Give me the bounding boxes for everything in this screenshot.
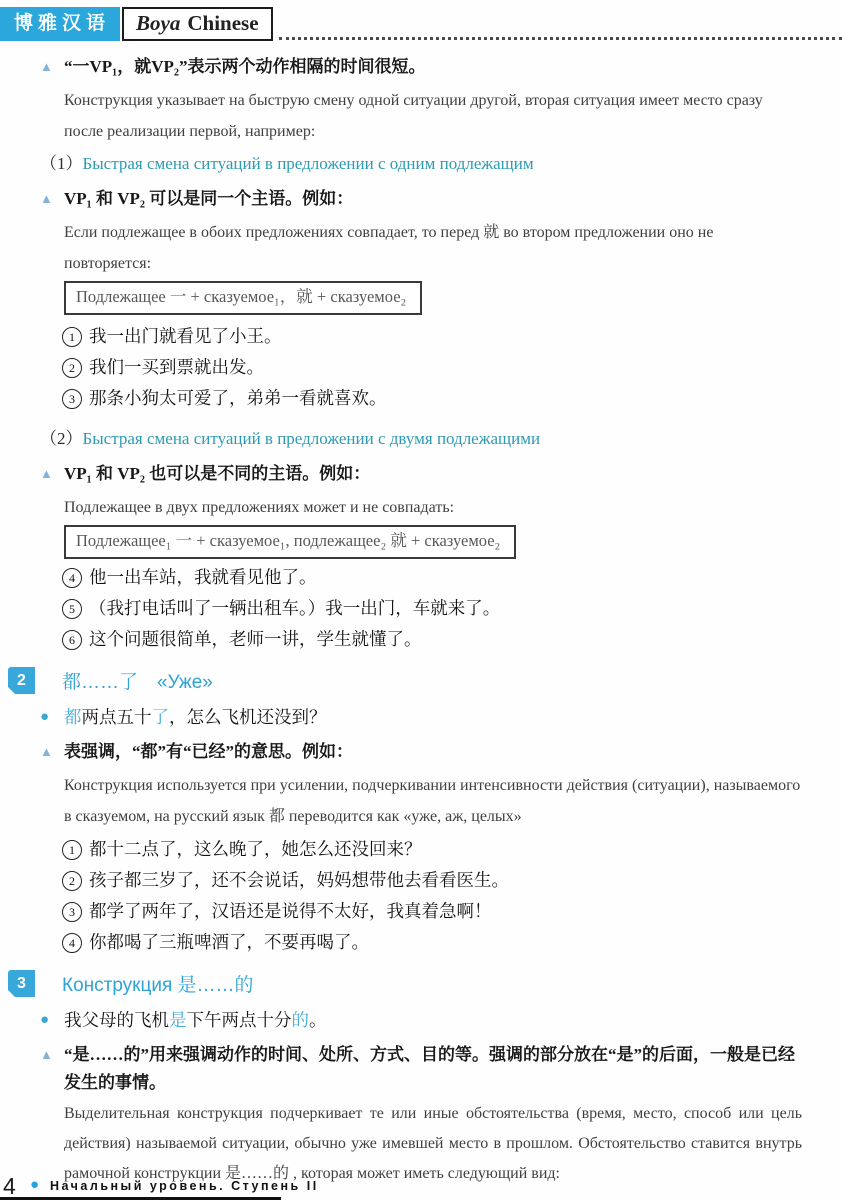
example-list: 4 他一出车站，我就看见他了。 5 （我打电话叫了一辆出租车。）我一出门，车就来… [62, 562, 802, 655]
example-sentence: 2 我们一买到票就出发。 [62, 352, 802, 383]
page-header: 博雅汉语 BoyaChinese [0, 0, 842, 41]
model-sentence: 都两点五十了，怎么飞机还没到？ [64, 702, 802, 732]
page-content: ▲ “一VP₁，就VP₂”表示两个动作相隔的时间很短。 Конструкция … [0, 53, 842, 1189]
example-text: （我打电话叫了一辆出租车。）我一出门，车就来了。 [89, 593, 500, 624]
example-text: 孩子都三岁了，还不会说话，妈妈想带他去看看医生。 [89, 865, 509, 896]
example-text: 那条小狗太可爱了，弟弟一看就喜欢。 [89, 383, 387, 414]
triangle-marker-icon: ▲ [40, 185, 64, 213]
subsection-number: （2） [40, 429, 83, 448]
example-sentence: 3 都学了两年了，汉语还是说得不太好，我真着急啊！ [62, 896, 802, 927]
example-sentence: 4 他一出车站，我就看见他了。 [62, 562, 802, 593]
subsection-2-heading: （2）Быстрая смена ситуаций в предложении … [40, 426, 802, 452]
circled-number: 6 [62, 630, 82, 650]
russian-explanation: Подлежащее в двух предложениях может и н… [64, 492, 802, 523]
model-sentence: 我父母的飞机是下午两点十分的。 [64, 1005, 802, 1035]
example-sentence: 3 那条小狗太可爱了，弟弟一看就喜欢。 [62, 383, 802, 414]
grammar-point-text: “一VP₁，就VP₂”表示两个动作相隔的时间很短。 [64, 53, 802, 81]
pattern-box: Подлежащее₁ 一 + сказуемое₁, подлежащее₂ … [64, 525, 516, 559]
example-text: 我们一买到票就出发。 [89, 352, 264, 383]
grammar-point-row: ▲ VP₁ 和 VP₂ 也可以是不同的主语。例如： [40, 460, 802, 488]
page-number: 4 [3, 1176, 16, 1196]
section-3-header: 3 Конструкция 是……的 [8, 970, 802, 997]
example-text: 都学了两年了，汉语还是说得不太好，我真着急啊！ [89, 896, 492, 927]
grammar-point-row: ▲ “是……的”用来强调动作的时间、处所、方式、目的等。强调的部分放在“是”的后… [40, 1041, 802, 1097]
example-text: 都十二点了，这么晚了，她怎么还没回来？ [89, 834, 422, 865]
footer-dot-icon: ● [30, 1178, 39, 1193]
example-sentence: 6 这个问题很简单，老师一讲，学生就懂了。 [62, 624, 802, 655]
grammar-point-text: VP₁ 和 VP₂ 也可以是不同的主语。例如： [64, 460, 802, 488]
example-list: 1 我一出门就看见了小王。 2 我们一买到票就出发。 3 那条小狗太可爱了，弟弟… [62, 321, 802, 414]
example-text: 我一出门就看见了小王。 [89, 321, 282, 352]
textbook-page: 博雅汉语 BoyaChinese ▲ “一VP₁，就VP₂”表示两个动作相隔的时… [0, 0, 842, 1200]
example-sentence: 2 孩子都三岁了，还不会说话，妈妈想带他去看看医生。 [62, 865, 802, 896]
example-sentence: 5 （我打电话叫了一辆出租车。）我一出门，车就来了。 [62, 593, 802, 624]
example-sentence: 1 都十二点了，这么晚了，她怎么还没回来？ [62, 834, 802, 865]
circled-number: 4 [62, 933, 82, 953]
brand-english-italic: Boya [136, 11, 180, 35]
model-sentence-row: ● 我父母的飞机是下午两点十分的。 [40, 1005, 802, 1035]
model-sentence-row: ● 都两点五十了，怎么飞机还没到？ [40, 702, 802, 732]
example-text: 他一出车站，我就看见他了。 [89, 562, 317, 593]
circled-number: 3 [62, 902, 82, 922]
brand-chinese-label: 博雅汉语 [0, 7, 120, 41]
bullet-circle-icon: ● [40, 1005, 64, 1035]
section-number-badge: 2 [8, 667, 35, 694]
triangle-marker-icon: ▲ [40, 460, 64, 488]
grammar-point-text: 表强调，“都”有“已经”的意思。例如： [64, 738, 802, 766]
circled-number: 3 [62, 389, 82, 409]
subsection-1-heading: （1）Быстрая смена ситуаций в предложении … [40, 151, 802, 177]
example-sentence: 4 你都喝了三瓶啤酒了，不要再喝了。 [62, 927, 802, 958]
example-text: 这个问题很简单，老师一讲，学生就懂了。 [89, 624, 422, 655]
brand-english-regular: Chinese [187, 11, 258, 35]
circled-number: 5 [62, 599, 82, 619]
russian-explanation: Конструкция указывает на быструю смену о… [64, 85, 802, 147]
section-number-badge: 3 [8, 970, 35, 997]
circled-number: 1 [62, 840, 82, 860]
example-text: 你都喝了三瓶啤酒了，不要再喝了。 [89, 927, 369, 958]
grammar-point-text: VP₁ 和 VP₂ 可以是同一个主语。例如： [64, 185, 802, 213]
pattern-box: Подлежащее 一 + сказуемое₁，就 + сказуемое₂ [64, 281, 422, 315]
section-title: 都……了 «Уже» [62, 667, 213, 694]
russian-explanation: Конструкция используется при усилении, п… [64, 770, 802, 832]
triangle-marker-icon: ▲ [40, 1041, 64, 1069]
subsection-number: （1） [40, 154, 83, 173]
footer-level-label: Начальный уровень. Ступень II [50, 1179, 319, 1193]
grammar-point-row: ▲ 表强调，“都”有“已经”的意思。例如： [40, 738, 802, 766]
example-list: 1 都十二点了，这么晚了，她怎么还没回来？ 2 孩子都三岁了，还不会说话，妈妈想… [62, 834, 802, 958]
triangle-marker-icon: ▲ [40, 738, 64, 766]
grammar-point-row: ▲ VP₁ 和 VP₂ 可以是同一个主语。例如： [40, 185, 802, 213]
circled-number: 2 [62, 358, 82, 378]
brand-english-label: BoyaChinese [122, 7, 273, 41]
section-title: Конструкция 是……的 [62, 970, 254, 997]
circled-number: 1 [62, 327, 82, 347]
russian-explanation: Если подлежащее в обоих предложениях сов… [64, 217, 802, 279]
subsection-title: Быстрая смена ситуаций в предложении с д… [83, 429, 541, 448]
page-footer: 4 ● Начальный уровень. Ступень II [0, 1175, 842, 1197]
circled-number: 4 [62, 568, 82, 588]
circled-number: 2 [62, 871, 82, 891]
example-sentence: 1 我一出门就看见了小王。 [62, 321, 802, 352]
subsection-title: Быстрая смена ситуаций в предложении с о… [83, 154, 534, 173]
triangle-marker-icon: ▲ [40, 53, 64, 81]
header-dotted-line [279, 37, 842, 40]
bullet-circle-icon: ● [40, 702, 64, 732]
section-2-header: 2 都……了 «Уже» [8, 667, 802, 694]
grammar-point-text: “是……的”用来强调动作的时间、处所、方式、目的等。强调的部分放在“是”的后面，… [64, 1041, 802, 1097]
grammar-point-row: ▲ “一VP₁，就VP₂”表示两个动作相隔的时间很短。 [40, 53, 802, 81]
